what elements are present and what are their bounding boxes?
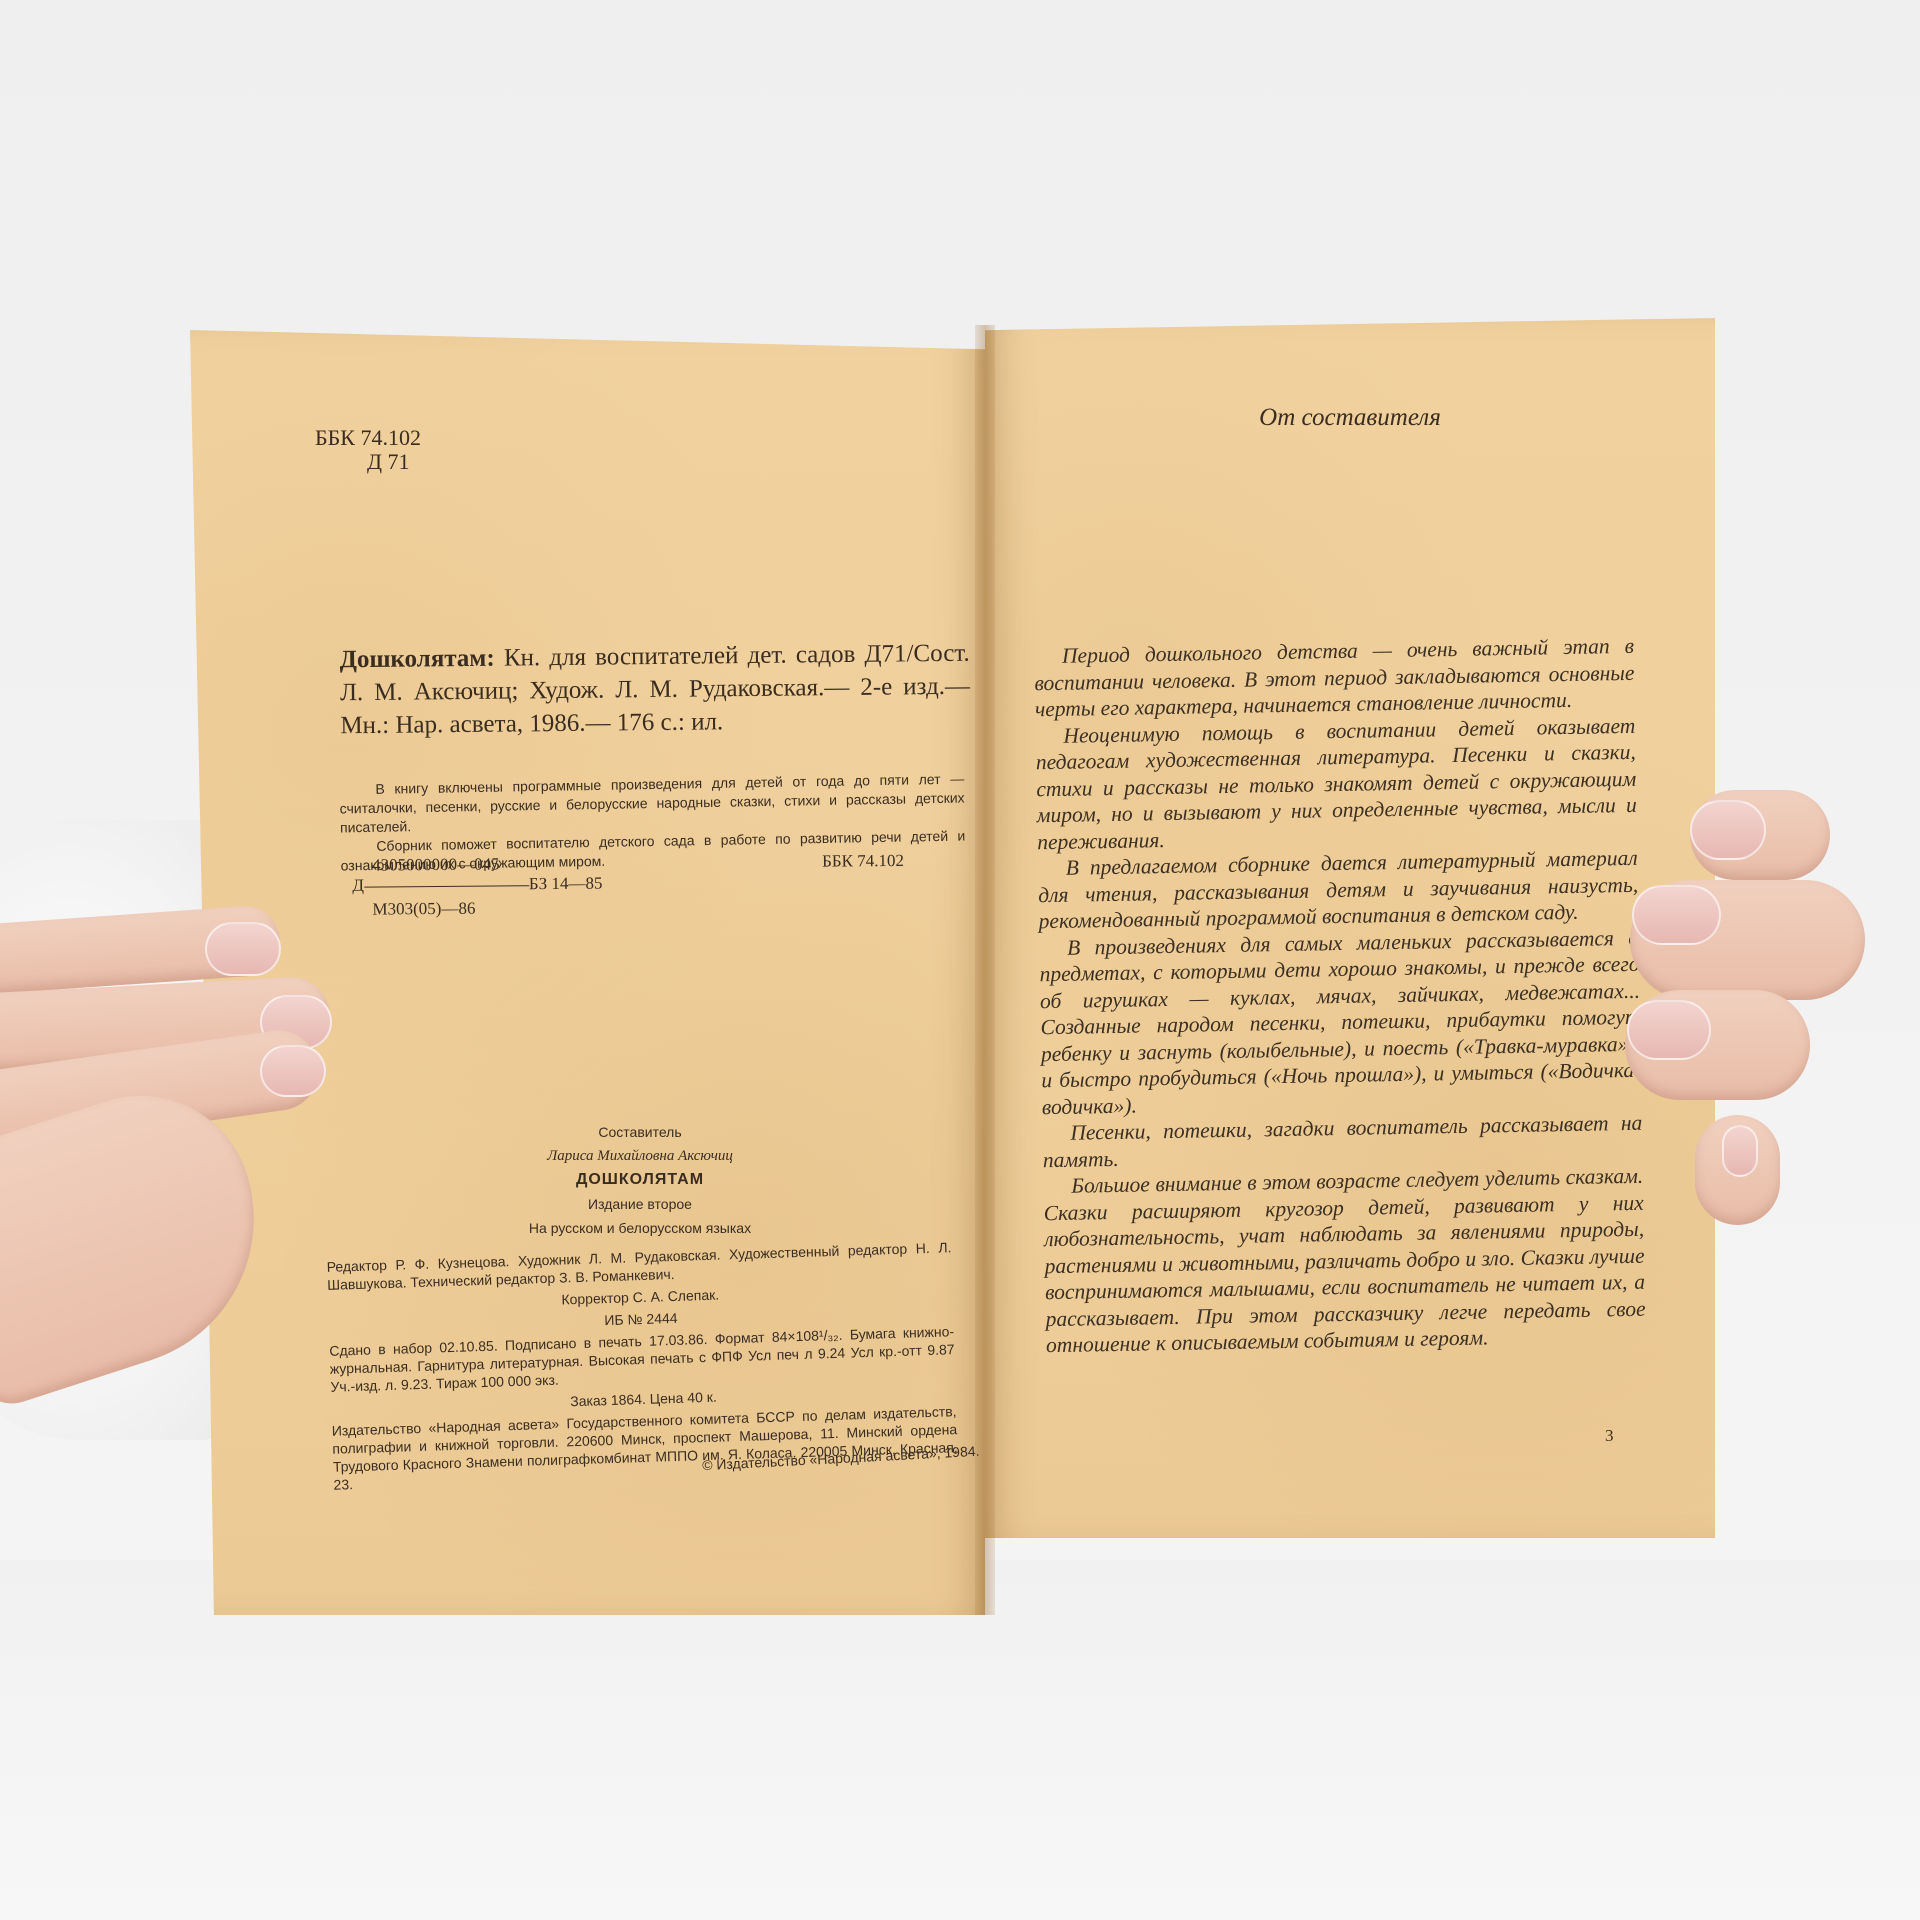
bibliographic-entry: Дошколятам: Кн. для воспитателей дет. са… bbox=[339, 637, 970, 743]
languages: На русском и белорусском языках bbox=[330, 1216, 950, 1240]
code-fraction: ДБЗ 14—85 bbox=[352, 873, 602, 897]
code-denominator: М303(05)—86 bbox=[372, 898, 475, 921]
imprint: Составитель Лариса Михайловна Аксючиц ДО… bbox=[330, 1120, 950, 1240]
preface-paragraph: Большое внимание в этом возрасте следует… bbox=[1043, 1163, 1646, 1359]
bbk-code: ББК 74.102 bbox=[315, 425, 421, 450]
edition: Издание второе bbox=[330, 1192, 950, 1216]
page-number: 3 bbox=[1605, 1426, 1614, 1446]
book-gutter bbox=[975, 325, 995, 1615]
code-suffix: БЗ 14—85 bbox=[529, 874, 603, 894]
fingernail bbox=[1632, 885, 1721, 945]
fingernail bbox=[205, 922, 281, 976]
right-page: От составителя Период дошкольного детств… bbox=[985, 318, 1715, 1538]
fraction-line bbox=[364, 885, 529, 887]
author-mark: Д 71 bbox=[315, 450, 421, 474]
page-heading: От составителя bbox=[985, 404, 1715, 432]
code-prefix: Д bbox=[352, 876, 364, 895]
book-title: ДОШКОЛЯТАМ bbox=[330, 1168, 950, 1192]
fingernail bbox=[1690, 800, 1766, 860]
preface-paragraph: Период дошкольного детства — очень важны… bbox=[1034, 633, 1635, 723]
entry-title: Дошколятам: bbox=[340, 645, 495, 674]
preface-paragraph: Неоценимую помощь в воспитании детей ока… bbox=[1035, 712, 1637, 855]
fingernail bbox=[260, 1045, 326, 1097]
fingernail bbox=[1627, 1000, 1711, 1060]
preface-paragraph: В предлагаемом сборнике дается литератур… bbox=[1038, 845, 1639, 935]
code-bbk: ББК 74.102 bbox=[822, 850, 904, 873]
fingernail bbox=[1722, 1125, 1758, 1177]
compiler-label: Составитель bbox=[330, 1120, 950, 1144]
preface-paragraph: В произведениях для самых маленьких расс… bbox=[1039, 924, 1642, 1120]
compiler-name: Лариса Михайловна Аксючиц bbox=[330, 1144, 950, 1168]
left-page: ББК 74.102 Д 71 Дошколятам: Кн. для восп… bbox=[190, 330, 985, 1615]
classification-code: ББК 74.102 Д 71 bbox=[315, 426, 421, 474]
preface-text: Период дошкольного детства — очень важны… bbox=[1034, 633, 1646, 1359]
